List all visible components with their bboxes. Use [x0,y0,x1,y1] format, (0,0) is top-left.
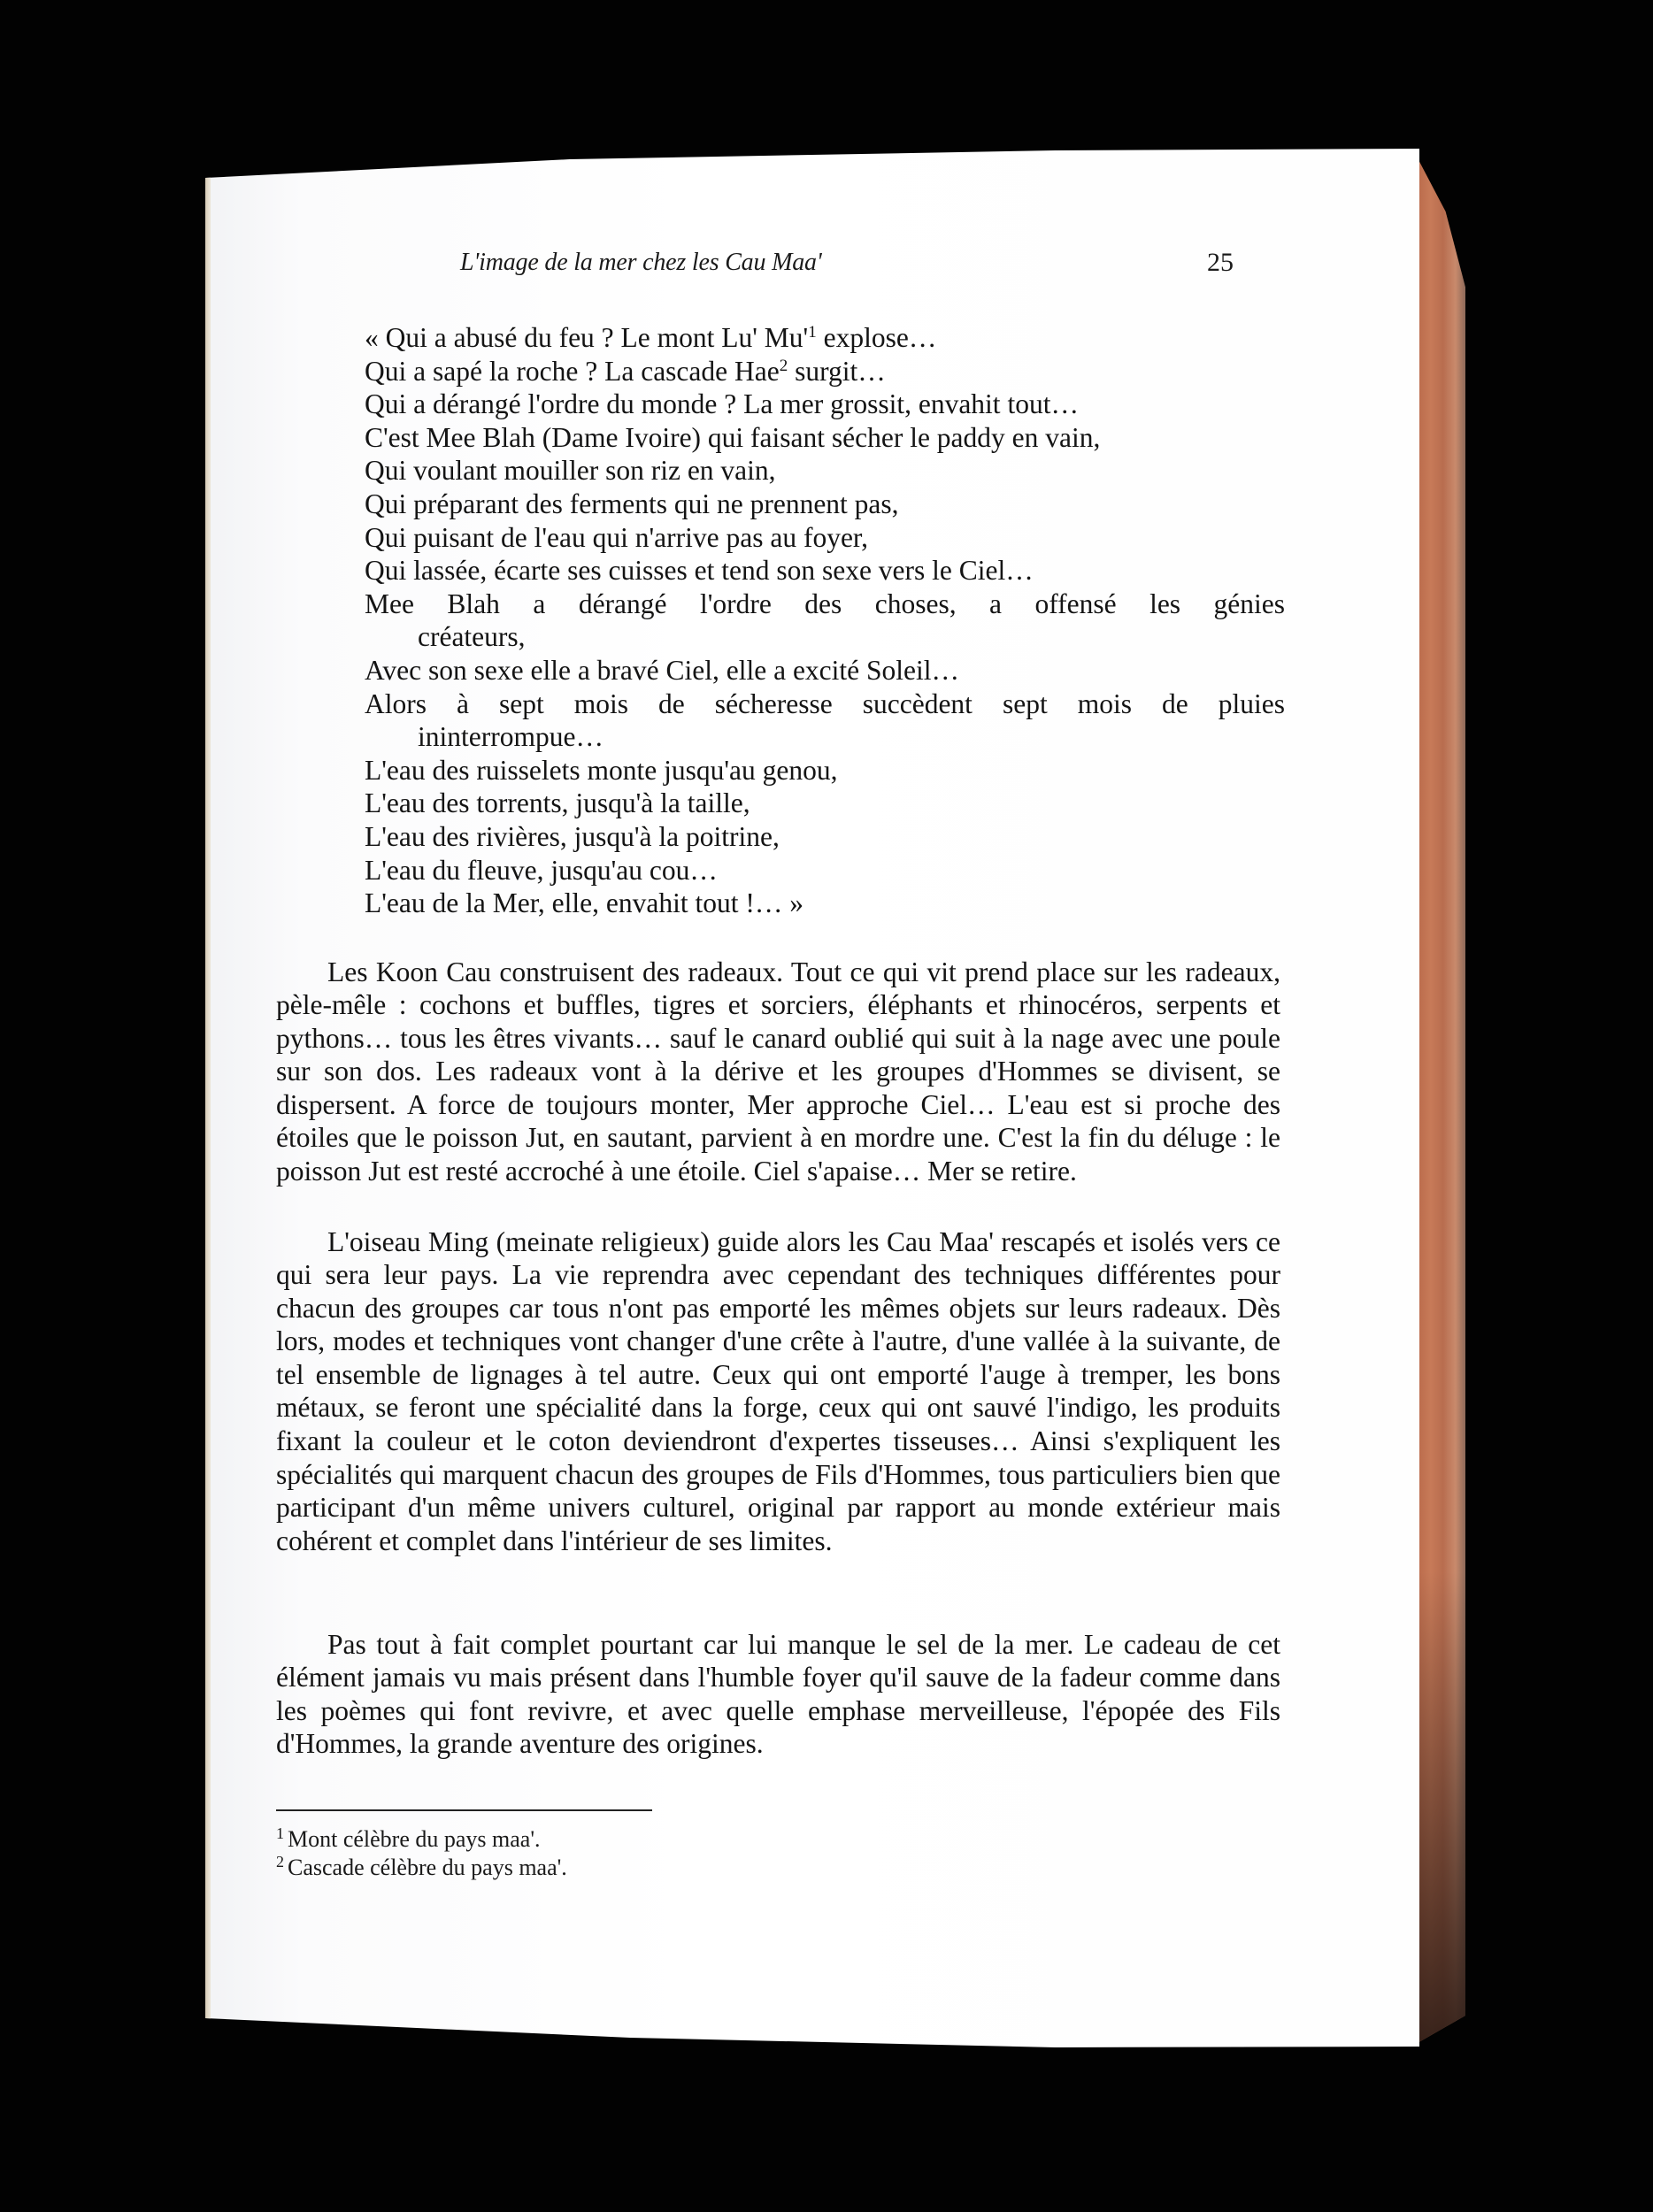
poem-line: Qui préparant des ferments qui ne prenne… [365,488,1285,521]
poem-block: « Qui a abusé du feu ? Le mont Lu' Mu'1 … [365,321,1285,920]
poem-line: Avec son sexe elle a bravé Ciel, elle a … [365,654,1285,687]
poem-line: L'eau de la Mer, elle, envahit tout !… » [365,887,1285,920]
book-photo: L'image de la mer chez les Cau Maa' 25 «… [0,0,1653,2212]
poem-line: L'eau des ruisselets monte jusqu'au geno… [365,754,1285,787]
poem-line: L'eau du fleuve, jusqu'au cou… [365,854,1285,887]
book-fore-edge [1416,155,1465,2044]
footnotes: 1Mont célèbre du pays maa'. 2Cascade cél… [276,1825,567,1882]
poem-line: Alors à sept mois de sécheresse succèden… [365,687,1285,721]
footnote: 1Mont célèbre du pays maa'. [276,1825,567,1854]
poem-line: Qui voulant mouiller son riz en vain, [365,454,1285,488]
footnote: 2Cascade célèbre du pays maa'. [276,1854,567,1882]
poem-line: Qui a dérangé l'ordre du monde ? La mer … [365,388,1285,421]
poem-line: L'eau des rivières, jusqu'à la poitrine, [365,820,1285,854]
poem-line: C'est Mee Blah (Dame Ivoire) qui faisant… [365,421,1285,455]
running-head: L'image de la mer chez les Cau Maa' [460,249,822,277]
poem-line-continuation: ininterrompue… [365,720,1285,754]
poem-line: « Qui a abusé du feu ? Le mont Lu' Mu'1 … [365,321,1285,355]
footnote-ref: 1 [808,323,817,342]
poem-line: Qui lassée, écarte ses cuisses et tend s… [365,554,1285,588]
body-paragraph-salt: Pas tout à fait complet pourtant car lui… [276,1628,1280,1761]
book-page: L'image de la mer chez les Cau Maa' 25 «… [205,149,1419,2051]
body-paragraph-flood: Les Koon Cau construisent des radeaux. T… [276,956,1280,1188]
poem-line: Qui a sapé la roche ? La cascade Hae2 su… [365,355,1285,388]
page-number: 25 [1207,248,1234,278]
poem-line: Qui puisant de l'eau qui n'arrive pas au… [365,521,1285,555]
poem-line: L'eau des torrents, jusqu'à la taille, [365,787,1285,820]
body-paragraph-dispersal: L'oiseau Ming (meinate religieux) guide … [276,1225,1280,1558]
footnote-ref: 2 [780,357,788,375]
poem-line-continuation: créateurs, [365,620,1285,654]
poem-line: Mee Blah a dérangé l'ordre des choses, a… [365,588,1285,621]
footnote-rule [276,1809,652,1811]
